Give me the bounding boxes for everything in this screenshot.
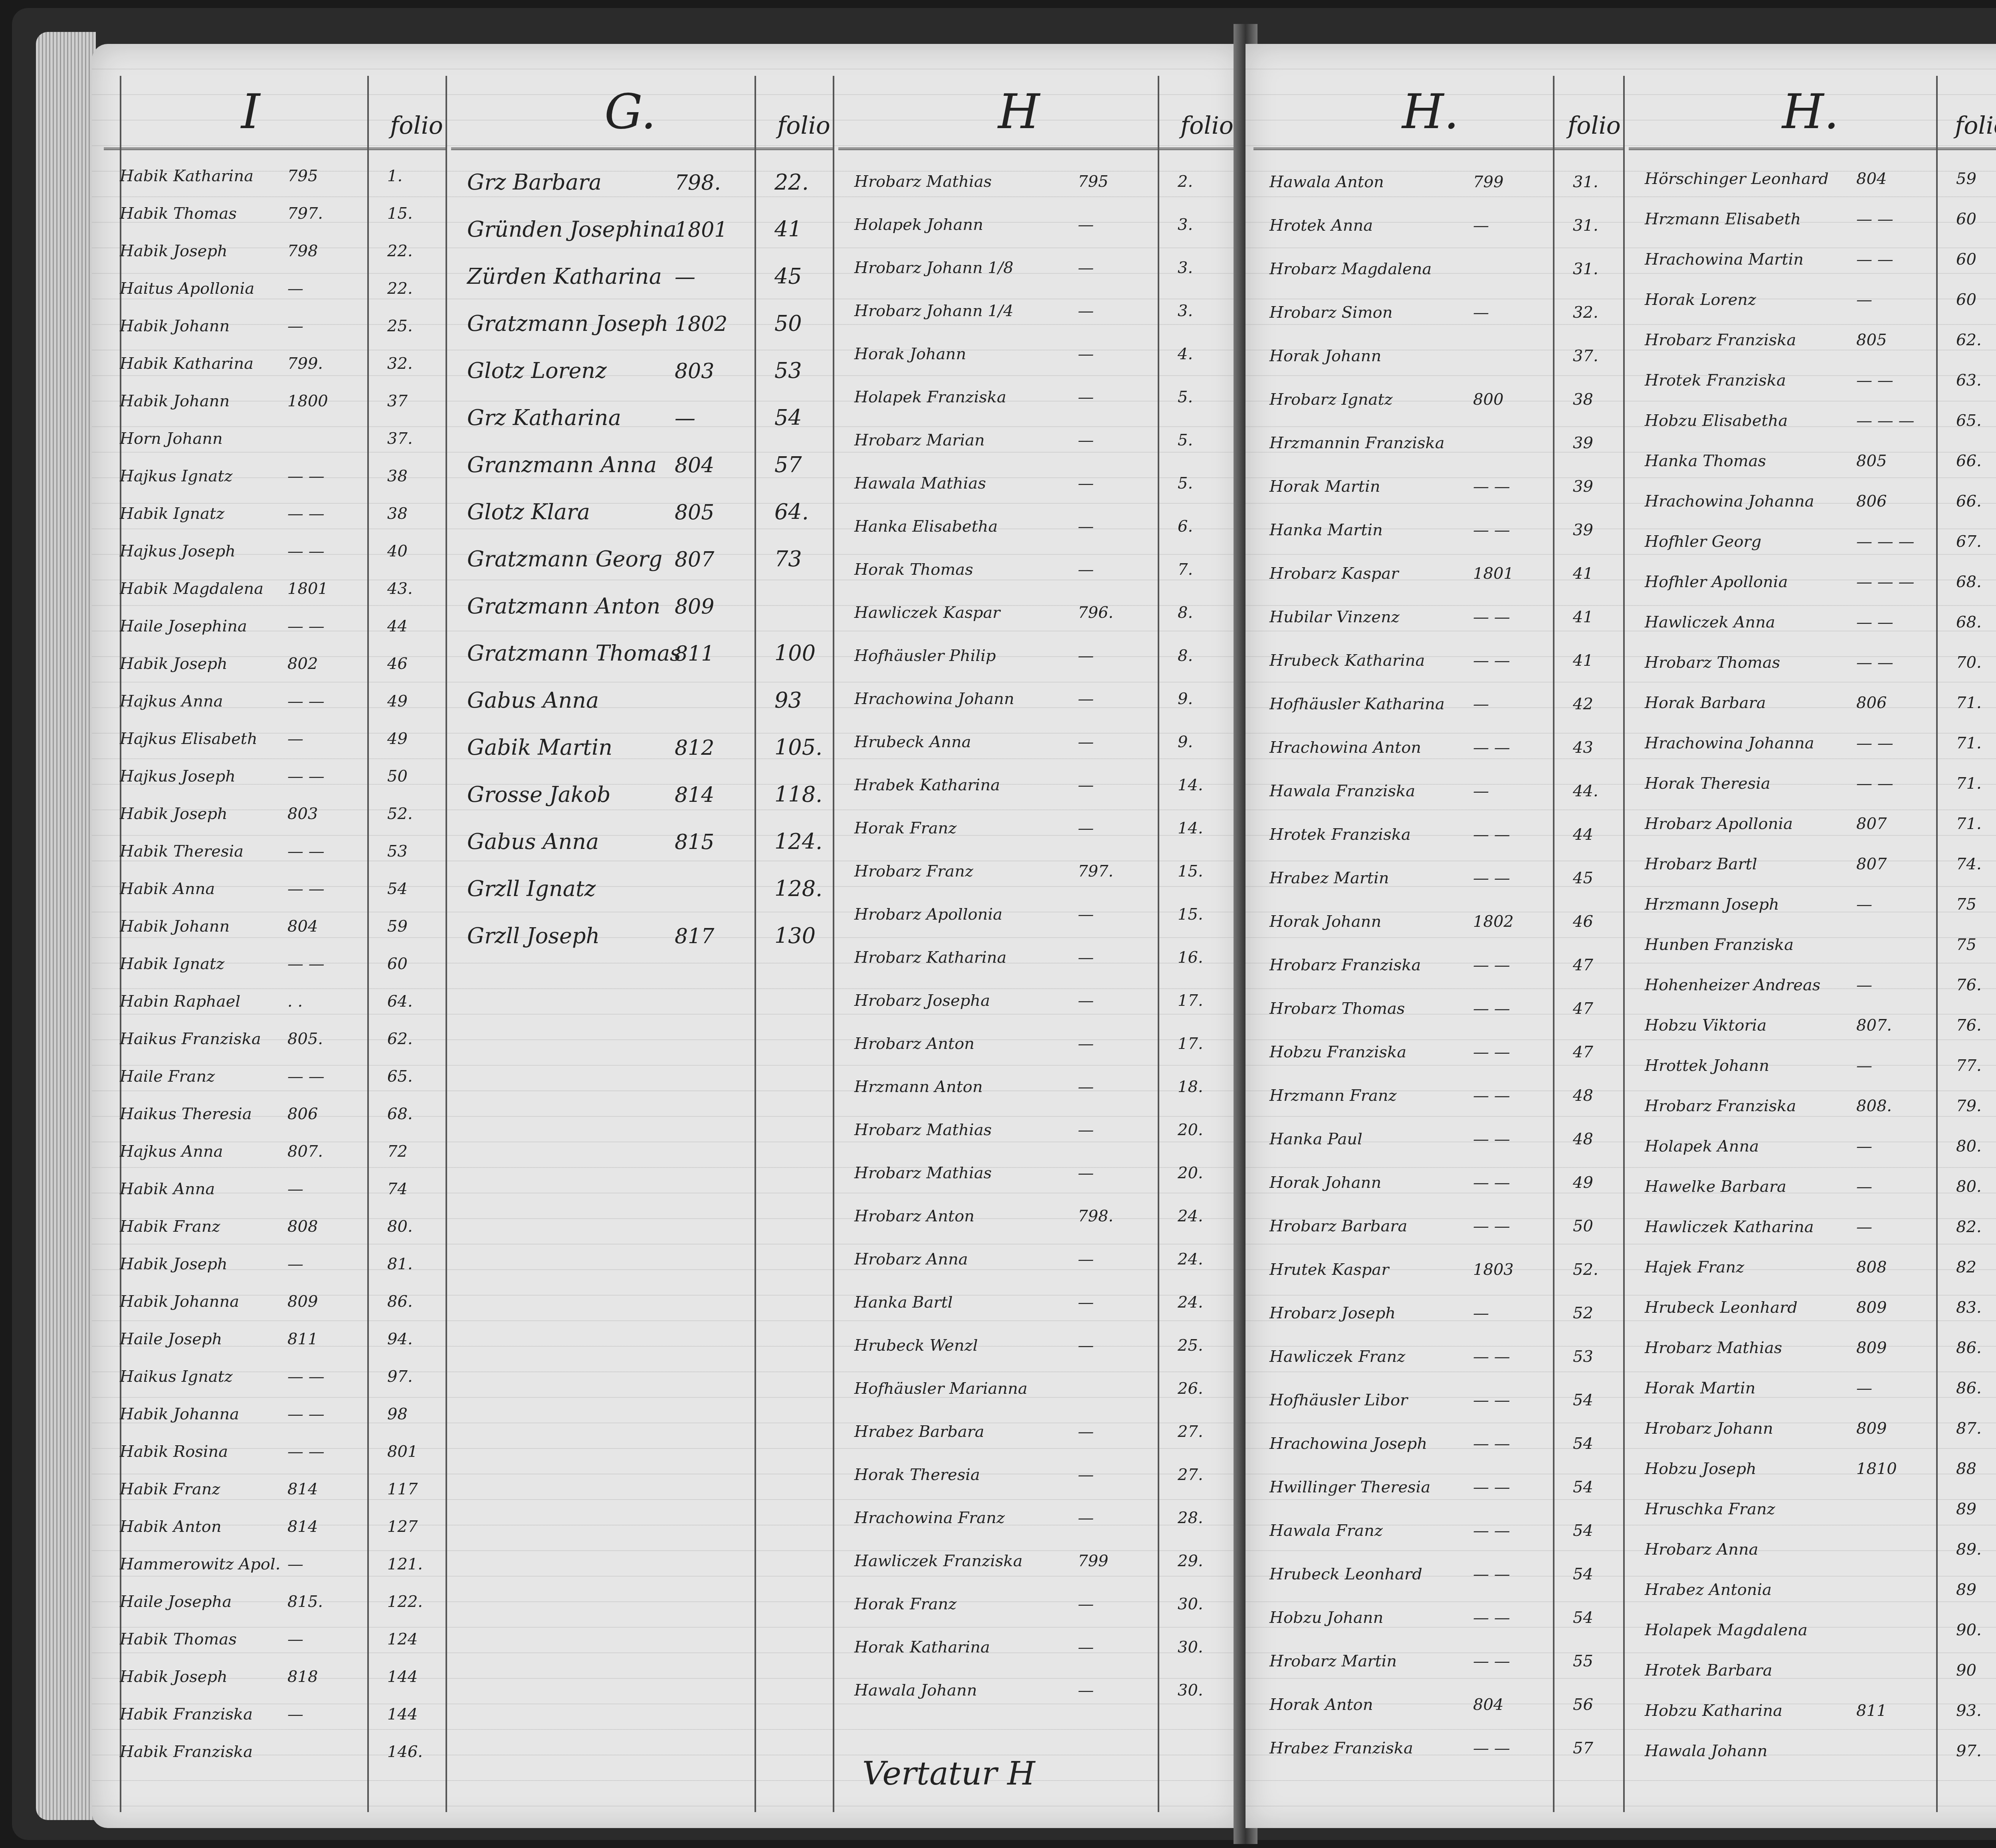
entry-name: Hrubeck Leonhard — [1645, 1298, 1798, 1317]
list-item: Hofhler Georg— — —67. — [1641, 518, 1996, 559]
entry-name: Hawelke Barbara — [1645, 1177, 1786, 1196]
entry-name: Holapek Johann — [854, 216, 983, 234]
entry-folio: 86. — [1956, 1339, 1996, 1357]
entry-name: Hawliczek Franziska — [854, 1552, 1023, 1570]
entry-year: 809 — [287, 1292, 318, 1311]
entry-year: 805 — [1856, 452, 1887, 470]
entry-year: — — — [287, 1442, 325, 1461]
list-item: Hanka Thomas80566. — [1641, 438, 1996, 478]
entry-folio: 89 — [1956, 1500, 1996, 1518]
entry-year: 807. — [287, 1142, 323, 1161]
entry-year: — — [1078, 1638, 1094, 1656]
entry-name: Hajkus Elisabeth — [120, 730, 257, 748]
entry-year: 803 — [287, 805, 318, 823]
entry-name: Hawliczek Anna — [1645, 613, 1775, 631]
entry-year: — — — [1473, 1739, 1510, 1757]
entry-folio: 90. — [1956, 1621, 1996, 1639]
entry-folio: 70. — [1956, 653, 1996, 672]
entry-year: — — — [287, 692, 325, 710]
list-item: Hawala Johann97. — [1641, 1728, 1996, 1768]
list-item: Haikus Franziska805.62. — [116, 1019, 443, 1056]
entry-name: Hawala Franz — [1269, 1522, 1383, 1540]
list-item: Hrzmann Anton—18. — [850, 1061, 1234, 1104]
entry-folio: 72 — [387, 1142, 459, 1161]
page-edges-left — [36, 32, 96, 1820]
entry-year: 808 — [287, 1217, 318, 1236]
entry-name: Habik Joseph — [120, 655, 228, 673]
entry-year: 800 — [1473, 390, 1503, 409]
entry-name: Hofhäusler Libor — [1269, 1391, 1408, 1409]
list-item: Gabik Martin812105. — [463, 721, 830, 768]
list-item: Horak Lorenz—60 — [1641, 277, 1996, 317]
list-item: Haikus Theresia80668. — [116, 1094, 443, 1131]
list-item: Habik Joseph79822. — [116, 231, 443, 268]
entry-year: — — — [1473, 1522, 1510, 1540]
entry-name: Hawala Mathias — [854, 474, 986, 493]
list-item: Hrobarz Barbara— —50 — [1265, 1200, 1621, 1243]
entry-name: Hawliczek Kaspar — [854, 603, 1000, 622]
entry-name: Hrobarz Thomas — [1269, 999, 1405, 1018]
list-item: Hrubeck Leonhard— —54 — [1265, 1548, 1621, 1591]
entry-folio: 46 — [387, 655, 459, 673]
entry-name: Hajkus Ignatz — [120, 467, 233, 485]
entry-name: Hrobarz Mathias — [1645, 1339, 1782, 1357]
entry-name: Hrobarz Magdalena — [1269, 260, 1432, 278]
list-item: Hrobarz Anna—24. — [850, 1233, 1234, 1276]
entry-folio: 66. — [1956, 452, 1996, 470]
entry-year: — — [287, 1255, 303, 1273]
entry-folio: 801 — [387, 1442, 459, 1461]
entry-year: 815 — [675, 830, 714, 854]
entry-folio: 130 — [774, 923, 846, 948]
entry-name: Horak Franz — [854, 1595, 956, 1613]
entry-name: Habik Thomas — [120, 204, 237, 223]
entry-folio: 22. — [774, 170, 846, 195]
entry-year: — — [675, 406, 695, 430]
entry-year: — — [1078, 259, 1094, 277]
list-item: Habik Franz80880. — [116, 1206, 443, 1244]
list-item: Hobzu Katharina81193. — [1641, 1688, 1996, 1728]
list-item: Hawala Franziska—44. — [1265, 765, 1621, 808]
entry-folio: 82. — [1956, 1218, 1996, 1236]
entry-name: Hrottek Johann — [1645, 1057, 1769, 1075]
entry-year: — — — [287, 505, 325, 523]
entry-name: Hrobarz Franziska — [1645, 1097, 1796, 1115]
entry-year: — — — — [1856, 412, 1914, 430]
entry-name: Habik Anna — [120, 1180, 215, 1198]
list-item: Habik Anna—74 — [116, 1169, 443, 1206]
entry-name: Hrobarz Apollonia — [1645, 815, 1793, 833]
entry-year: 809 — [1856, 1419, 1887, 1438]
list-item: Holapek Anna—80. — [1641, 1123, 1996, 1163]
entry-folio: 75 — [1956, 895, 1996, 914]
column-letter: H. — [1402, 84, 1459, 140]
list-item: Horak Franz—14. — [850, 802, 1234, 845]
entry-folio: 59 — [387, 917, 459, 936]
list-item: Hrobarz Simon—32. — [1265, 286, 1621, 330]
entry-name: Hohenheizer Andreas — [1645, 976, 1820, 994]
list-item: Hrottek Johann—77. — [1641, 1043, 1996, 1083]
entry-year: — — — [1856, 371, 1893, 390]
entry-year: — — [1078, 1250, 1094, 1268]
list-item: Hrobarz Franziska80562. — [1641, 317, 1996, 357]
list-item: Habik Johanna— —98 — [116, 1394, 443, 1431]
entry-year: — — [1078, 647, 1094, 665]
entry-folio: 86. — [1956, 1379, 1996, 1397]
list-item: Hawliczek Anna— —68. — [1641, 599, 1996, 639]
list-item: Hawliczek Franziska79929. — [850, 1535, 1234, 1578]
list-item: Hrobarz Joseph—52 — [1265, 1287, 1621, 1330]
list-item: Gratzmann Georg80773 — [463, 532, 830, 580]
entry-folio: 71. — [1956, 815, 1996, 833]
entry-folio: 121. — [387, 1555, 459, 1573]
entry-folio: 80. — [1956, 1177, 1996, 1196]
column-header: H folio — [838, 80, 1238, 150]
column-g: G. folio Grz Barbara798.22.Gründen Josep… — [451, 44, 834, 1828]
entry-name: Hammerowitz Apol. — [120, 1555, 280, 1573]
entry-folio: 52. — [387, 805, 459, 823]
list-item: Hrobarz Franz797.15. — [850, 845, 1234, 888]
entry-name: Hofhler Apollonia — [1645, 573, 1788, 591]
entry-folio: 146. — [387, 1743, 459, 1761]
entry-name: Horak Franz — [854, 819, 956, 837]
entry-name: Hrobarz Anna — [854, 1250, 968, 1268]
column-header: G. folio — [451, 80, 834, 150]
list-item: Hrobarz Magdalena31. — [1265, 243, 1621, 286]
entry-folio: 124. — [774, 829, 846, 854]
entry-year: 804 — [1473, 1696, 1503, 1714]
entry-folio: 75 — [1956, 936, 1996, 954]
entry-folio: 67. — [1956, 532, 1996, 551]
entry-folio: 144 — [387, 1668, 459, 1686]
entry-year: 803 — [675, 359, 714, 383]
entry-folio: 38 — [387, 467, 459, 485]
entry-year: 804 — [1856, 170, 1887, 188]
entry-name: Hanka Thomas — [1645, 452, 1766, 470]
entry-name: Hrobarz Apollonia — [854, 905, 1002, 924]
list-item: Hawala Anton79931. — [1265, 156, 1621, 199]
entry-name: Holapek Anna — [1645, 1137, 1759, 1155]
entry-folio: 71. — [1956, 734, 1996, 752]
entry-name: Hawala Franziska — [1269, 782, 1415, 800]
entry-name: Hrobarz Simon — [1269, 303, 1392, 322]
entry-year: — — — [1473, 1391, 1510, 1409]
list-item: Hwillinger Theresia— —54 — [1265, 1461, 1621, 1504]
list-item: Horak Theresia— —71. — [1641, 760, 1996, 801]
entry-name: Hajkus Joseph — [120, 767, 236, 785]
entry-year: 807 — [675, 548, 714, 572]
entry-name: Hanka Paul — [1269, 1130, 1362, 1148]
entry-folio: 144 — [387, 1705, 459, 1723]
entry-name: Hrobarz Mathias — [854, 1164, 992, 1182]
list-item: Hrachowina Johann—9. — [850, 673, 1234, 716]
entry-year: — — — [1473, 1609, 1510, 1627]
list-item: Zürden Katharina—45 — [463, 250, 830, 297]
entry-folio: 50 — [774, 311, 846, 336]
entry-name: Habik Johann — [120, 917, 230, 936]
list-item: Hobzu Viktoria807.76. — [1641, 1002, 1996, 1043]
list-item: Hrobarz Bartl80774. — [1641, 841, 1996, 881]
list-item: Hawliczek Katharina—82. — [1641, 1204, 1996, 1244]
entry-name: Hrachowina Franz — [854, 1509, 1005, 1527]
list-item: Horak Anton80456 — [1265, 1678, 1621, 1722]
list-item: Hrobarz Martin— —55 — [1265, 1635, 1621, 1678]
entry-year: — — — — [1856, 573, 1914, 591]
list-item: Hobzu Joseph181088 — [1641, 1446, 1996, 1486]
entry-list: Grz Barbara798.22.Gründen Josephina18014… — [463, 156, 830, 956]
entry-folio: 68. — [1956, 573, 1996, 591]
entry-year: — — [1473, 695, 1489, 713]
list-item: Hobzu Franziska— —47 — [1265, 1026, 1621, 1069]
entry-name: Hrobarz Martin — [1269, 1652, 1397, 1670]
list-item: Hrachowina Franz—28. — [850, 1492, 1234, 1535]
entry-folio: 80. — [1956, 1137, 1996, 1155]
entry-folio: 64. — [774, 499, 846, 524]
entry-year: — — [1078, 690, 1094, 708]
entry-year: — — — [287, 880, 325, 898]
entry-name: Hajkus Joseph — [120, 542, 236, 560]
entry-year: 799 — [1078, 1552, 1108, 1570]
entry-year: 811 — [675, 642, 714, 666]
entry-folio: 43. — [387, 580, 459, 598]
entry-name: Habik Theresia — [120, 842, 244, 861]
list-item: Gratzmann Anton809 — [463, 580, 830, 627]
entry-folio: 1. — [387, 167, 459, 185]
list-item: Gratzmann Thomas811100 — [463, 627, 830, 674]
entry-folio: 37 — [387, 392, 459, 410]
entry-year: — — [1078, 991, 1094, 1010]
entry-name: Hajek Franz — [1645, 1258, 1744, 1276]
list-item: Haile Joseph81194. — [116, 1319, 443, 1356]
entry-year: 806 — [287, 1105, 318, 1123]
entry-folio: 128. — [774, 876, 846, 901]
list-item: Hrabez Martin— —45 — [1265, 852, 1621, 895]
entry-year: 799. — [287, 354, 323, 373]
entry-folio: 80. — [387, 1217, 459, 1236]
entry-name: Hrobarz Josepha — [854, 991, 990, 1010]
entry-name: Hrotek Anna — [1269, 216, 1373, 235]
entry-folio: 60 — [1956, 291, 1996, 309]
entry-name: Hanka Elisabetha — [854, 517, 998, 536]
entry-year: — — [1856, 1177, 1872, 1196]
entry-name: Hrachowina Anton — [1269, 738, 1421, 757]
list-item: Hrachowina Joseph— —54 — [1265, 1417, 1621, 1461]
entry-year: — — [1078, 819, 1094, 837]
list-item: Hrobarz Katharina—16. — [850, 932, 1234, 975]
column-letter: G. — [604, 84, 656, 140]
column-letter: H. — [1782, 84, 1839, 140]
entry-name: Horak Katharina — [854, 1638, 990, 1656]
entry-folio: 90 — [1956, 1661, 1996, 1680]
list-item: Hrotek Anna—31. — [1265, 199, 1621, 243]
entry-year: — — — [1473, 1086, 1510, 1105]
list-item: Hofhäusler Philip—8. — [850, 630, 1234, 673]
entry-year: 811 — [1856, 1702, 1887, 1720]
entry-folio: 64. — [387, 992, 459, 1011]
entry-year: — — [1856, 1379, 1872, 1397]
entry-name: Hrubeck Leonhard — [1269, 1565, 1422, 1583]
column-i: I folio Habik Katharina7951.Habik Thomas… — [104, 44, 447, 1828]
entry-year: — — — [1473, 869, 1510, 887]
entry-year: — — [1078, 1121, 1094, 1139]
column-header: I folio — [104, 80, 447, 150]
column-h-3: H. folio Hörschinger Leonhard80459Hrzman… — [1629, 44, 1996, 1828]
list-item: Grzll Joseph817130 — [463, 909, 830, 956]
list-item: Hrotek Barbara90 — [1641, 1647, 1996, 1688]
list-item: Hrzmann Elisabeth— —60 — [1641, 196, 1996, 236]
entry-year: 804 — [675, 453, 714, 477]
left-page: I folio Habik Katharina7951.Habik Thomas… — [92, 44, 1242, 1828]
entry-year: — — — [287, 1367, 325, 1386]
entry-name: Habik Katharina — [120, 354, 253, 373]
entry-year: 1801 — [1473, 564, 1514, 583]
entry-year: 797. — [287, 204, 323, 223]
entry-year: — — — [1473, 1217, 1510, 1235]
entry-folio: 66. — [1956, 492, 1996, 510]
entry-year: — — [1078, 388, 1094, 406]
entry-year: — — [1473, 216, 1489, 235]
entry-name: Hanka Martin — [1269, 521, 1383, 539]
entry-year: 805 — [1856, 331, 1887, 349]
entry-name: Hubilar Vinzenz — [1269, 608, 1400, 626]
list-item: Hubilar Vinzenz— —41 — [1265, 591, 1621, 634]
entry-folio: 93 — [774, 688, 846, 713]
entry-name: Hrubeck Anna — [854, 733, 971, 751]
entry-year: . . — [287, 992, 303, 1011]
entry-year: — — [1078, 345, 1094, 363]
list-item: Hrubeck Anna—9. — [850, 716, 1234, 759]
entry-name: Hrobarz Franz — [854, 862, 973, 880]
entry-folio: 57 — [774, 452, 846, 477]
entry-year: — — [1856, 895, 1872, 914]
entry-year: — — [1856, 1057, 1872, 1075]
entry-folio: 38 — [387, 505, 459, 523]
list-item: Hanka Bartl—24. — [850, 1276, 1234, 1320]
entry-name: Hobzu Katharina — [1645, 1702, 1782, 1720]
entry-name: Horak Johann — [854, 345, 966, 363]
list-item: Hammerowitz Apol.—121. — [116, 1544, 443, 1581]
entry-folio: 62. — [387, 1030, 459, 1048]
entry-name: Habik Anton — [120, 1518, 222, 1536]
entry-folio: 87. — [1956, 1419, 1996, 1438]
list-item: Holapek Magdalena90. — [1641, 1607, 1996, 1647]
entry-year: 1801 — [287, 580, 328, 598]
list-item: Habik Joseph—81. — [116, 1244, 443, 1281]
entry-name: Hrobarz Ignatz — [1269, 390, 1393, 409]
folio-label: folio — [777, 112, 830, 140]
entry-name: Haile Josephina — [120, 617, 247, 635]
list-item: Hrachowina Johanna80666. — [1641, 478, 1996, 518]
entry-name: Gabus Anna — [467, 688, 599, 713]
list-item: Hrobarz Johann 1/8—3. — [850, 242, 1234, 285]
list-item: Hajkus Anna807.72 — [116, 1131, 443, 1169]
entry-name: Grz Barbara — [467, 170, 602, 195]
list-item: Habik Anna— —54 — [116, 869, 443, 906]
entry-year: — — — [1473, 956, 1510, 974]
list-item: Haitus Apollonia—22. — [116, 268, 443, 306]
list-item: Hajek Franz80882 — [1641, 1244, 1996, 1284]
entry-year: 795 — [287, 167, 318, 185]
entry-year: — — — [287, 467, 325, 485]
entry-name: Hofhäusler Philip — [854, 647, 996, 665]
entry-year: — — — [1473, 477, 1510, 496]
entry-name: Haile Franz — [120, 1067, 215, 1086]
list-item: Hrobarz Josepha—17. — [850, 975, 1234, 1018]
entry-year: — — [1078, 1509, 1094, 1527]
entry-name: Hobzu Johann — [1269, 1609, 1383, 1627]
entry-year: 814 — [675, 783, 714, 807]
entry-year: 1802 — [675, 312, 727, 336]
entry-year: — — [1856, 976, 1872, 994]
entry-name: Habik Johann — [120, 392, 230, 410]
list-item: Hrabez Franziska— —57 — [1265, 1722, 1621, 1765]
list-item: Hajkus Joseph— —50 — [116, 756, 443, 793]
entry-folio: 98 — [387, 1405, 459, 1423]
entry-name: Holapek Magdalena — [1645, 1621, 1808, 1639]
entry-year: 809 — [675, 595, 714, 619]
entry-folio: 83. — [1956, 1298, 1996, 1317]
entry-name: Haikus Ignatz — [120, 1367, 233, 1386]
list-item: Hrobarz Johann80987. — [1641, 1405, 1996, 1446]
entry-name: Hofhäusler Marianna — [854, 1379, 1028, 1398]
list-item: Hrobarz Mathias80986. — [1641, 1325, 1996, 1365]
entry-folio: 86. — [387, 1292, 459, 1311]
entry-year: — — [1078, 1078, 1094, 1096]
list-item: Hrubeck Katharina— —41 — [1265, 634, 1621, 678]
entry-name: Horak Theresia — [854, 1466, 980, 1484]
entry-year: — — [1473, 782, 1489, 800]
entry-year: — — — [1473, 738, 1510, 757]
entry-year: — — — [1856, 250, 1893, 269]
list-item: Hofhäusler Marianna26. — [850, 1363, 1234, 1406]
entry-year: — — — [1473, 651, 1510, 670]
entry-year: 798. — [675, 171, 721, 195]
entry-year: 807 — [1856, 855, 1887, 873]
list-item: Hrobarz Anna89. — [1641, 1526, 1996, 1567]
entry-name: Glotz Lorenz — [467, 358, 607, 383]
entry-folio: 124 — [387, 1630, 459, 1648]
entry-name: Hrobarz Bartl — [1645, 855, 1757, 873]
entry-name: Glotz Klara — [467, 499, 590, 524]
entry-year: — — [1078, 1681, 1094, 1700]
list-item: Hrzmannin Franziska39 — [1265, 417, 1621, 460]
entry-name: Horak Martin — [1269, 477, 1380, 496]
list-item: Hrobarz Thomas— —70. — [1641, 639, 1996, 680]
entry-folio: 68. — [387, 1105, 459, 1123]
entry-name: Habik Franz — [120, 1217, 220, 1236]
entry-name: Horak Thomas — [854, 560, 973, 579]
list-item: Hrobarz Anton798.24. — [850, 1190, 1234, 1233]
column-letter: I — [241, 84, 260, 140]
entry-year: — — — [1473, 1434, 1510, 1453]
list-item: Hajkus Elisabeth—49 — [116, 718, 443, 756]
list-item: Hrobarz Thomas— —47 — [1265, 982, 1621, 1026]
entry-list: Hawala Anton79931.Hrotek Anna—31.Hrobarz… — [1265, 156, 1621, 1765]
entry-name: Habik Joseph — [120, 242, 228, 260]
entry-name: Hrobarz Mathias — [854, 1121, 992, 1139]
entry-name: Hrotek Franziska — [1269, 825, 1411, 844]
column-h-1: H folio Hrobarz Mathias7952.Holapek Joha… — [838, 44, 1238, 1828]
entry-name: Hrachowina Joseph — [1269, 1434, 1427, 1453]
list-item: Holapek Johann—3. — [850, 199, 1234, 242]
entry-year: — — [1078, 905, 1094, 924]
entry-year: 798. — [1078, 1207, 1113, 1225]
entry-name: Hrutek Kaspar — [1269, 1260, 1389, 1279]
list-item: Hrobarz Franziska— —47 — [1265, 939, 1621, 982]
list-item: Habik Ignatz— —60 — [116, 944, 443, 981]
entry-name: Hwillinger Theresia — [1269, 1478, 1430, 1496]
entry-folio: 97. — [1956, 1742, 1996, 1760]
